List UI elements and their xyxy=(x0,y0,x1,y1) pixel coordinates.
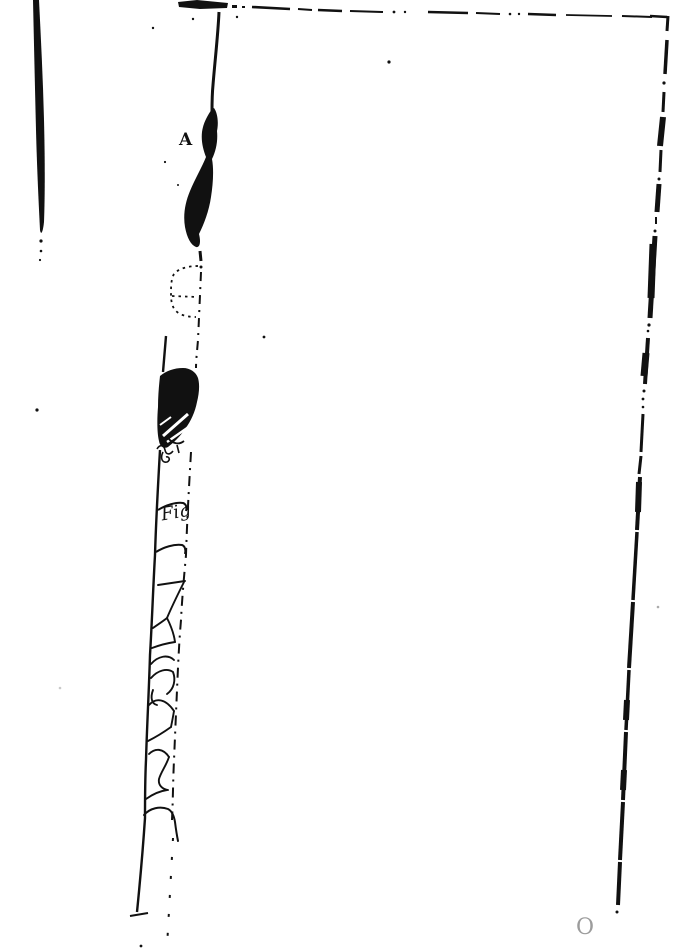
bottom-dotted-trail xyxy=(167,838,173,947)
right-border-bulge xyxy=(651,244,653,298)
right-border-segment xyxy=(660,150,661,172)
right-border-dot xyxy=(647,323,650,326)
right-border-segment xyxy=(639,456,641,474)
crackle-line xyxy=(158,581,185,585)
border-dash xyxy=(298,9,312,10)
ink-speck xyxy=(164,161,166,163)
right-border-dot xyxy=(662,81,665,84)
border-dash xyxy=(528,14,556,15)
right-border-segment xyxy=(660,117,663,146)
border-dash xyxy=(622,16,652,17)
border-dash xyxy=(428,12,468,13)
right-border-bulge xyxy=(644,353,646,376)
border-dash xyxy=(566,15,612,16)
signature-letter: O xyxy=(576,917,594,939)
right-border-dot xyxy=(616,911,619,914)
column-left-line-foot xyxy=(130,913,148,916)
crackle-pattern xyxy=(144,581,185,841)
fold-dash-line xyxy=(196,272,201,368)
border-dot xyxy=(393,11,396,14)
left-edge-dot xyxy=(39,259,41,261)
border-corner-tick xyxy=(650,16,667,17)
ink-speck-faint xyxy=(657,606,660,609)
ink-speck xyxy=(177,184,179,186)
border-dot xyxy=(518,13,520,15)
ink-speck xyxy=(152,27,154,29)
crackle-line xyxy=(171,711,174,727)
right-border-dot xyxy=(643,390,646,393)
crackle-line xyxy=(148,727,171,741)
ink-blob-tail-dot xyxy=(200,266,203,269)
stray-ink-specks xyxy=(59,16,660,948)
right-border-segment xyxy=(629,602,633,668)
left-edge-line xyxy=(33,0,45,233)
right-border-segment xyxy=(620,802,623,860)
border-dot xyxy=(509,13,512,16)
right-border-segment xyxy=(665,40,667,74)
right-border-segment xyxy=(663,92,664,112)
border-dash xyxy=(232,5,237,8)
right-border-segment xyxy=(633,532,637,600)
ink-blob-dark xyxy=(157,368,199,448)
figure-caption: Fig xyxy=(160,502,192,525)
right-border-segment xyxy=(618,862,620,905)
border-dash xyxy=(252,7,290,9)
right-border-bulge xyxy=(638,482,639,512)
right-border-dot xyxy=(654,230,657,233)
squiggle-tick xyxy=(177,445,179,453)
dotted-outline-shape xyxy=(171,266,198,317)
left-page-edge-artifact xyxy=(33,0,45,412)
ink-blob-tail-dash xyxy=(200,251,201,261)
stem-line-top xyxy=(212,12,219,112)
plate-artwork xyxy=(0,0,700,949)
left-edge-dot xyxy=(39,239,42,242)
crackle-line xyxy=(149,700,174,711)
crackle-line xyxy=(152,642,175,648)
ink-speck xyxy=(140,945,143,948)
caption-bracket-bottom xyxy=(156,545,185,554)
column-left-line-upper xyxy=(163,336,166,372)
scanned-plate-page: A Fig O xyxy=(0,0,700,949)
ink-speck xyxy=(236,16,238,18)
right-border-dot xyxy=(647,330,650,333)
ink-speck xyxy=(263,336,266,339)
border-dash xyxy=(318,10,342,11)
top-plate-border xyxy=(178,0,667,17)
border-dash xyxy=(242,6,245,8)
crackle-closing-curve xyxy=(144,808,178,841)
ink-blob-upper-body xyxy=(184,108,218,247)
crackle-line xyxy=(146,790,167,799)
border-dash xyxy=(178,0,228,9)
border-dash xyxy=(350,11,383,12)
plate-letter: A xyxy=(179,132,192,149)
right-border-segment xyxy=(667,16,668,31)
crackle-line xyxy=(151,670,174,694)
ink-speck xyxy=(387,60,390,63)
dotted-outline-arc xyxy=(171,266,198,317)
border-dot xyxy=(404,11,406,13)
ink-speck-faint xyxy=(59,687,62,690)
crackle-line xyxy=(149,750,169,757)
right-border-dot xyxy=(658,178,661,181)
column-left-line xyxy=(137,450,160,912)
dotted-outline-chord xyxy=(172,296,197,297)
right-plate-border xyxy=(616,16,669,914)
right-border-bulge xyxy=(626,700,627,720)
right-border-dot xyxy=(642,398,645,401)
right-border-segment xyxy=(657,184,659,212)
left-edge-dot xyxy=(40,250,43,253)
border-dash xyxy=(476,13,500,14)
right-border-bulge xyxy=(623,770,624,790)
crackle-line xyxy=(153,618,167,628)
right-border-dot xyxy=(642,406,645,409)
left-edge-dot xyxy=(35,408,38,411)
crackle-line xyxy=(159,757,169,790)
crackle-line xyxy=(151,657,174,664)
right-border-segment xyxy=(641,414,643,452)
ink-speck xyxy=(192,18,194,20)
crackle-line xyxy=(167,618,175,642)
